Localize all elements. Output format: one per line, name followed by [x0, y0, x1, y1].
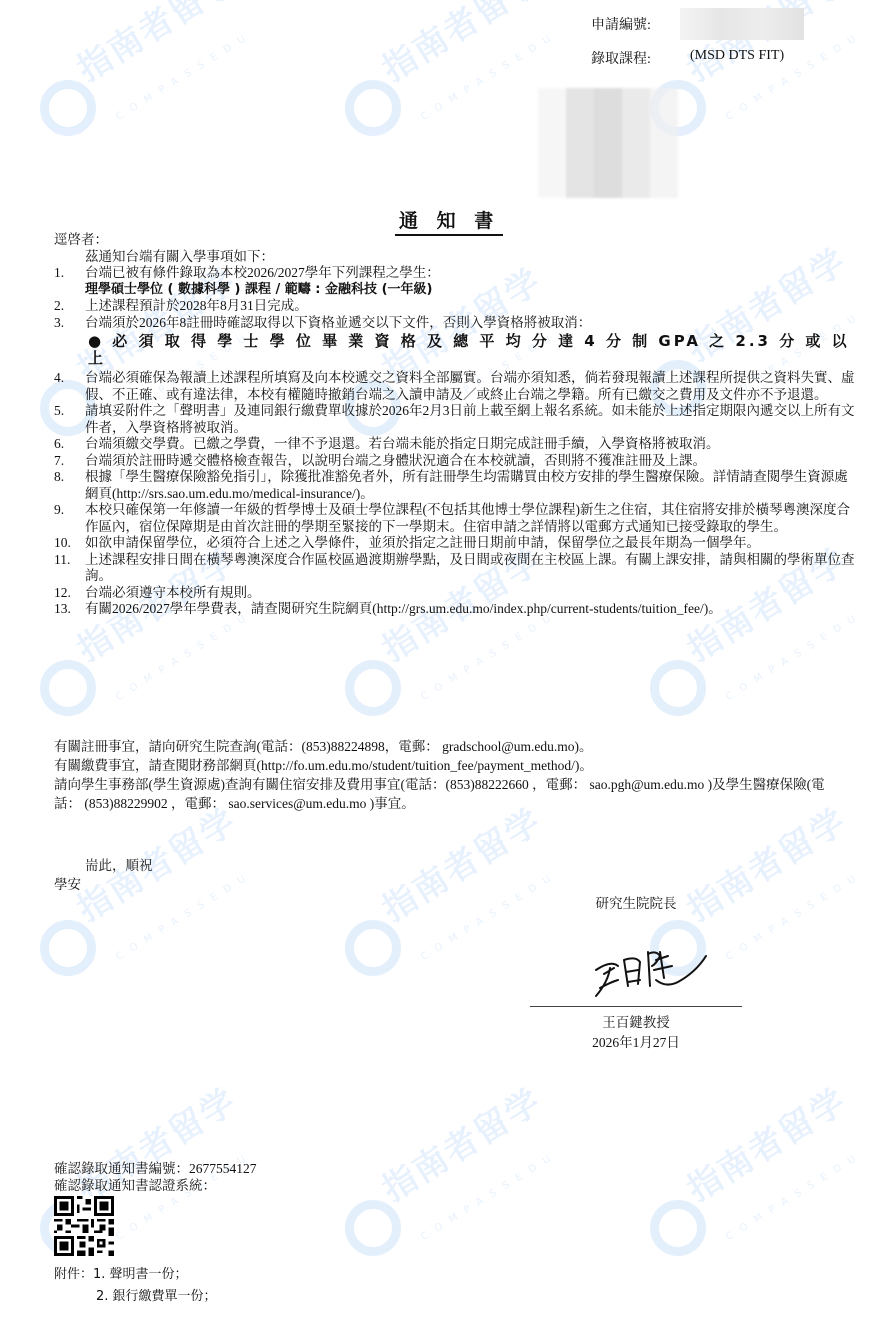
- contact-registration: 有關註冊事宜，請向研究生院查詢(電話：(853)88224898，電郵： gra…: [54, 737, 844, 756]
- program-name: 理學碩士學位 ( 數據科學 ) 課程 / 範疇 : 金融科技 (一年級): [54, 282, 860, 299]
- contact-info: 有關註冊事宜，請向研究生院查詢(電話：(853)88224898，電郵： gra…: [54, 737, 844, 813]
- contact-fees: 有關繳費事宜，請查閱財務部網頁(http://fo.um.edu.mo/stud…: [54, 756, 844, 775]
- footer: 確認錄取通知書編號：2677554127 確認錄取通知書認證系統： 附件：1. …: [54, 1160, 257, 1308]
- watermark-subtext: COMPASSEDU: [419, 609, 560, 703]
- attachment-item: 附件：1. 聲明書一份；: [54, 1264, 257, 1286]
- closing: 耑此，順祝 學安: [54, 856, 153, 894]
- watermark: 指南者留学COMPASSEDU: [40, 40, 280, 160]
- list-item: 9.本校只確保第一年修讀一年級的哲學博士及碩士學位課程(不包括其他博士學位課程)…: [54, 502, 860, 535]
- signature-date: 2026年1月27日: [530, 1031, 742, 1051]
- item-number: 2.: [54, 298, 85, 315]
- watermark: 指南者留学COMPASSEDU: [345, 1160, 585, 1280]
- item-number: 13.: [54, 601, 85, 618]
- item-text: 上述課程預計於2028年8月31日完成。: [85, 298, 860, 315]
- watermark-logo-icon: [40, 80, 96, 136]
- list-item: 11.上述課程安排日間在橫琴粵澳深度合作區校區過渡期辦學點，及日間或夜間在主校區…: [54, 552, 860, 585]
- signature-line: [530, 1006, 742, 1007]
- closing-line: 耑此，順祝: [54, 856, 153, 875]
- signature-block: 研究生院院長 王百鍵教授 2026年1月27日: [530, 892, 742, 1051]
- item-number: 9.: [54, 502, 85, 535]
- attachments-label: 附件：: [54, 1267, 93, 1282]
- intro: 茲通知台端有關入學事項如下：: [54, 249, 860, 266]
- item-number: 6.: [54, 436, 85, 453]
- item-text: 上述課程安排日間在橫琴粵澳深度合作區校區過渡期辦學點，及日間或夜間在主校區上課。…: [85, 552, 860, 585]
- watermark-text: 指南者留学: [676, 1074, 855, 1211]
- list-item: 1.台端已被有條件錄取為本校2026/2027學年下列課程之學生：: [54, 265, 860, 282]
- item-text: 請填妥附件之「聲明書」及連同銀行繳費單收據於2026年2月3日前上載至網上報名系…: [85, 403, 860, 436]
- closing-line: 學安: [54, 875, 153, 894]
- item-text: 本校只確保第一年修讀一年級的哲學博士及碩士學位課程(不包括其他博士學位課程)新生…: [85, 502, 860, 535]
- watermark-subtext: COMPASSEDU: [114, 29, 255, 123]
- watermark-subtext: COMPASSEDU: [114, 609, 255, 703]
- letter-body: 逕啓者： 茲通知台端有關入學事項如下： 1.台端已被有條件錄取為本校2026/2…: [54, 232, 860, 618]
- watermark-logo-icon: [650, 660, 706, 716]
- item-number: 11.: [54, 552, 85, 585]
- watermark-text: 指南者留学: [66, 0, 245, 91]
- item-text: 台端須繳交學費。已繳之學費，一律不予退還。若台端未能於指定日期完成註冊手續，入學…: [85, 436, 860, 453]
- watermark-logo-icon: [345, 80, 401, 136]
- item-number: 10.: [54, 535, 85, 552]
- watermark-logo-icon: [345, 1200, 401, 1256]
- signer-title: 研究生院院長: [530, 892, 742, 912]
- item-number: 1.: [54, 265, 85, 282]
- item-number: 12.: [54, 585, 85, 602]
- program-label: 錄取課程:: [591, 48, 651, 68]
- confirmation-number: 確認錄取通知書編號：2677554127: [54, 1160, 257, 1177]
- item-number: 7.: [54, 453, 85, 470]
- watermark-text: 指南者留学: [371, 0, 550, 91]
- attachment-1: 1. 聲明書一份；: [93, 1267, 188, 1282]
- list-item: 12.台端必須遵守本校所有規則。: [54, 585, 860, 602]
- watermark-logo-icon: [40, 920, 96, 976]
- item-text: 有關2026/2027學年學費表，請查閱研究生院網頁(http://grs.um…: [85, 601, 860, 618]
- list-item: 7.台端須於註冊時遞交體格檢查報告，以說明台端之身體狀況適合在本校就讀，否則將不…: [54, 453, 860, 470]
- item-text: 台端須於2026年8註冊時確認取得以下資格並遞交以下文件，否則入學資格將被取消：: [85, 315, 860, 332]
- redacted-photo: [538, 88, 678, 198]
- item-number: 4.: [54, 370, 85, 403]
- item-number: 3.: [54, 315, 85, 332]
- item-text: 台端須於註冊時遞交體格檢查報告，以說明台端之身體狀況適合在本校就讀，否則將不獲准…: [85, 453, 860, 470]
- item-text: 台端已被有條件錄取為本校2026/2027學年下列課程之學生：: [85, 265, 860, 282]
- application-no-redacted: [680, 8, 804, 40]
- requirement-bullet: ● 必 須 取 得 學 士 學 位 畢 業 資 格 及 總 平 均 分 達 4 …: [54, 333, 860, 366]
- attachment-item: 2. 銀行繳費單一份；: [54, 1286, 257, 1308]
- list-item: 13.有關2026/2027學年學費表，請查閱研究生院網頁(http://grs…: [54, 601, 860, 618]
- watermark-text: 指南者留学: [371, 794, 550, 931]
- item-number: 8.: [54, 469, 85, 502]
- contact-housing-insurance: 請向學生事務部(學生資源處)查詢有關住宿安排及費用事宜(電話：(853)8822…: [54, 775, 844, 813]
- item-text: 台端必須確保為報讀上述課程所填寫及向本校遞交之資料全部屬實。台端亦須知悉，倘若發…: [85, 370, 860, 403]
- watermark: 指南者留学COMPASSEDU: [650, 620, 880, 740]
- watermark-text: 指南者留学: [371, 1074, 550, 1211]
- program-code: (MSD DTS FIT): [690, 48, 784, 64]
- watermark-subtext: COMPASSEDU: [724, 609, 865, 703]
- list-item: 5.請填妥附件之「聲明書」及連同銀行繳費單收據於2026年2月3日前上載至網上報…: [54, 403, 860, 436]
- watermark: 指南者留学COMPASSEDU: [345, 620, 585, 740]
- application-no-label: 申請編號:: [591, 14, 651, 34]
- item-text: 台端必須遵守本校所有規則。: [85, 585, 860, 602]
- watermark-subtext: COMPASSEDU: [419, 1149, 560, 1243]
- salutation: 逕啓者：: [54, 232, 860, 249]
- list-item: 4.台端必須確保為報讀上述課程所填寫及向本校遞交之資料全部屬實。台端亦須知悉，倘…: [54, 370, 860, 403]
- watermark-subtext: COMPASSEDU: [724, 1149, 865, 1243]
- attachments: 附件：1. 聲明書一份； 2. 銀行繳費單一份；: [54, 1264, 257, 1308]
- attachment-2: 2. 銀行繳費單一份；: [96, 1289, 217, 1304]
- list-item: 8.根據「學生醫療保險豁免指引」，除獲批准豁免者外，所有註冊學生均需購買由校方安…: [54, 469, 860, 502]
- list-item: 3.台端須於2026年8註冊時確認取得以下資格並遞交以下文件，否則入學資格將被取…: [54, 315, 860, 332]
- item-text: 如欲申請保留學位，必須符合上述之入學條件，並須於指定之註冊日期前申請，保留學位之…: [85, 535, 860, 552]
- item-number: 5.: [54, 403, 85, 436]
- item-text: 根據「學生醫療保險豁免指引」，除獲批准豁免者外，所有註冊學生均需購買由校方安排的…: [85, 469, 860, 502]
- list-item: 2.上述課程預計於2028年8月31日完成。: [54, 298, 860, 315]
- watermark: 指南者留学COMPASSEDU: [650, 1160, 880, 1280]
- watermark-logo-icon: [650, 1200, 706, 1256]
- watermark: 指南者留学COMPASSEDU: [40, 620, 280, 740]
- qr-code-icon[interactable]: [54, 1196, 114, 1256]
- watermark-logo-icon: [345, 660, 401, 716]
- list-item: 6.台端須繳交學費。已繳之學費，一律不予退還。若台端未能於指定日期完成註冊手續，…: [54, 436, 860, 453]
- watermark-subtext: COMPASSEDU: [724, 29, 865, 123]
- watermark-logo-icon: [345, 920, 401, 976]
- watermark-subtext: COMPASSEDU: [724, 869, 865, 963]
- watermark: 指南者留学COMPASSEDU: [40, 880, 280, 1000]
- handwritten-signature-icon: [556, 930, 716, 1000]
- list-item: 10.如欲申請保留學位，必須符合上述之入學條件，並須於指定之註冊日期前申請，保留…: [54, 535, 860, 552]
- verification-label: 確認錄取通知書認證系統：: [54, 1177, 257, 1194]
- watermark-logo-icon: [40, 660, 96, 716]
- signer-name: 王百鍵教授: [530, 1011, 742, 1031]
